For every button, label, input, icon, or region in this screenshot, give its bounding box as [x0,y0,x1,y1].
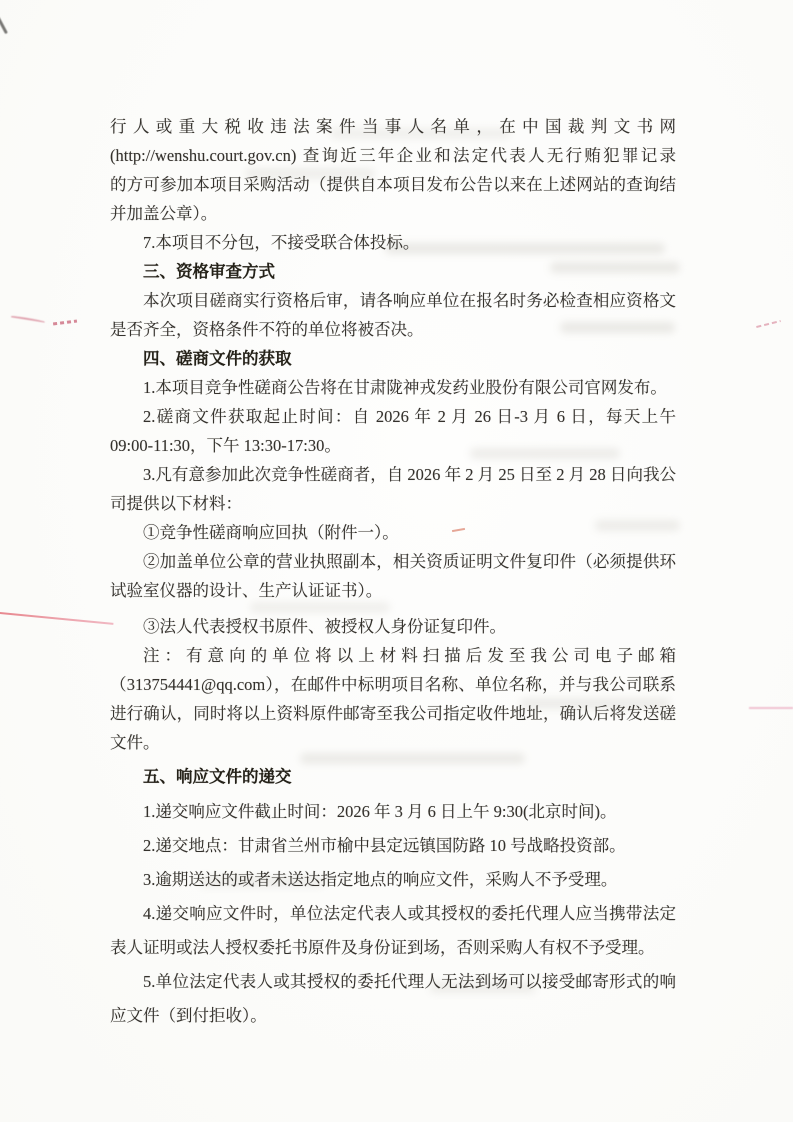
text-line: 司提供以下材料： [110,489,676,518]
text-line: 并加盖公章）。 [110,199,676,228]
text-line: 进行确认，同时将以上资料原件邮寄至我公司指定收件地址，确认后将发送磋商 [110,699,676,728]
document-text-block: 行人或重大税收违法案件当事人名单，在中国裁判文书网(http://wenshu.… [110,112,676,1033]
text-line: 的方可参加本项目采购活动（提供自本项目发布公告以来在上述网站的查询结果 [110,170,676,199]
text-line: 2.磋商文件获取起止时间：自 2026 年 2 月 26 日-3 月 6 日，每… [110,402,676,431]
text-line: 4.递交响应文件时，单位法定代表人或其授权的委托代理人应当携带法定代 [110,897,676,931]
text-line: 1.递交响应文件截止时间：2026 年 3 月 6 日上午 9:30(北京时间)… [110,795,676,829]
text-line: 文件。 [110,728,676,757]
text-line: 是否齐全，资格条件不符的单位将被否决。 [110,315,676,344]
pink-scan-streak-right [749,707,793,709]
pink-ink-scribble-left [11,315,45,322]
scan-corner-mark [0,16,8,34]
pink-ink-dashes-left [53,320,77,325]
section-heading: 五、响应文件的递交 [110,762,676,791]
text-line: 3.逾期送达的或者未送达指定地点的响应文件，采购人不予受理。 [110,863,676,897]
text-line: ①竞争性磋商响应回执（附件一）。 [110,518,676,547]
text-line: 应文件（到付拒收）。 [110,999,676,1033]
text-line: 表人证明或法人授权委托书原件及身份证到场，否则采购人有权不予受理。 [110,931,676,965]
text-line: 2.递交地点：甘肃省兰州市榆中县定远镇国防路 10 号战略投资部。 [110,829,676,863]
text-line: 5.单位法定代表人或其授权的委托代理人无法到场可以接受邮寄形式的响 [110,965,676,999]
text-line: 本次项目磋商实行资格后审，请各响应单位在报名时务必检查相应资格文件 [110,286,676,315]
section-heading: 四、磋商文件的获取 [110,344,676,373]
text-line: （313754441@qq.com），在邮件中标明项目名称、单位名称，并与我公司… [110,670,676,699]
text-line: ③法人代表授权书原件、被授权人身份证复印件。 [110,612,676,641]
text-line: 试验室仪器的设计、生产认证证书）。 [110,576,676,605]
text-line: ②加盖单位公章的营业执照副本，相关资质证明文件复印件（必须提供环境 [110,547,676,576]
red-line-artifact [0,612,113,625]
text-line: 09:00-11:30，下午 13:30-17:30。 [110,431,676,460]
text-line: 1.本项目竞争性磋商公告将在甘肃陇神戎发药业股份有限公司官网发布。 [110,373,676,402]
text-line: 7.本项目不分包，不接受联合体投标。 [110,228,676,257]
text-line: 3.凡有意参加此次竞争性磋商者，自 2026 年 2 月 25 日至 2 月 2… [110,460,676,489]
section-heading: 三、资格审查方式 [110,257,676,286]
scanned-document-page: 行人或重大税收违法案件当事人名单，在中国裁判文书网(http://wenshu.… [0,0,793,1122]
text-line: 行人或重大税收违法案件当事人名单，在中国裁判文书网 [110,112,676,141]
pink-ink-mark-right [756,320,781,328]
text-line: 注：有意向的单位将以上材料扫描后发至我公司电子邮箱 [110,641,676,670]
text-line: (http://wenshu.court.gov.cn) 查询近三年企业和法定代… [110,141,676,170]
